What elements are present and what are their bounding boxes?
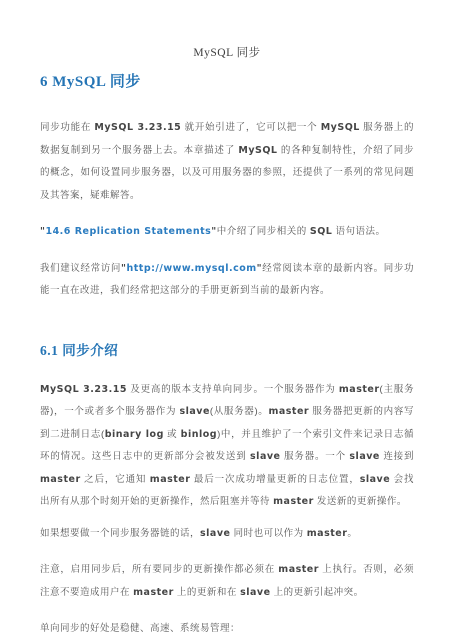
text-segment: slave: [250, 451, 280, 462]
paragraph-slave-chain: 如果想要做一个同步服务器链的话，slave 同时也可以作为 master。: [40, 523, 414, 546]
text-segment: 及更高的版本支持单向同步。一个服务器作为: [127, 384, 339, 395]
text-segment: binlog: [181, 429, 217, 440]
heading-6-mysql-sync: 6 MySQL 同步: [40, 70, 414, 91]
text-segment: master: [307, 528, 348, 539]
text-segment: 。: [347, 528, 357, 539]
text-segment: 就开始引进了，它可以把一个: [181, 122, 320, 133]
text-segment: MySQL: [321, 122, 360, 133]
text-segment: 语句语法。: [332, 226, 385, 237]
paragraph-notice: 注意，启用同步后，所有要同步的更新操作都必须在 master 上执行。否则，必须…: [40, 559, 414, 604]
paragraph-benefits: 单向同步的好处是稳健、高速、系统易管理：: [40, 618, 414, 640]
text-segment: 连接到: [380, 451, 414, 462]
text-segment: slave: [360, 474, 390, 485]
document-title: MySQL 同步: [40, 44, 414, 60]
mysql-website-link[interactable]: http://www.mysql.com: [126, 263, 256, 274]
paragraph-intro: 同步功能在 MySQL 3.23.15 就开始引进了，它可以把一个 MySQL …: [40, 117, 414, 207]
text-segment: MySQL 3.23.15: [40, 384, 127, 395]
text-segment: 单向同步的好处是稳健、高速、系统易管理：: [40, 623, 240, 634]
text-segment: slave: [240, 587, 270, 598]
text-segment: binary log: [105, 429, 164, 440]
text-segment: 同时也可以作为: [230, 528, 306, 539]
text-segment: 同步功能在: [40, 122, 94, 133]
text-segment: MySQL: [238, 145, 277, 156]
text-segment: 我们建议经常访问: [40, 263, 121, 274]
text-segment: 之后，它通知: [81, 474, 150, 485]
text-segment: 发送新的更新操作。: [314, 496, 407, 507]
heading-6-1-sync-introduction: 6.1 同步介绍: [40, 339, 414, 359]
text-segment: slave: [200, 528, 230, 539]
document-page: MySQL 同步 6 MySQL 同步 同步功能在 MySQL 3.23.15 …: [0, 0, 452, 640]
text-segment: 中介绍了同步相关的: [217, 226, 310, 237]
text-segment: 上的更新引起冲突。: [271, 587, 364, 598]
text-segment: master: [339, 384, 380, 395]
paragraph-website-recommendation: 我们建议经常访问"http://www.mysql.com"经常阅读本章的最新内…: [40, 258, 414, 303]
text-segment: 或: [164, 429, 181, 440]
text-segment: MySQL 3.23.15: [94, 122, 181, 133]
text-segment: slave: [179, 406, 209, 417]
paragraph-sync-mechanism: MySQL 3.23.15 及更高的版本支持单向同步。一个服务器作为 maste…: [40, 379, 414, 514]
text-segment: 最后一次成功增量更新的日志位置，: [190, 474, 359, 485]
text-segment: (从服务器)。: [210, 406, 269, 417]
text-segment: SQL: [310, 226, 332, 237]
text-segment: slave: [349, 451, 379, 462]
text-segment: 注意，启用同步后，所有要同步的更新操作都必须在: [40, 564, 278, 575]
text-segment: master: [268, 406, 309, 417]
text-segment: master: [278, 564, 319, 575]
paragraph-replication-statements: "14.6 Replication Statements"中介绍了同步相关的 S…: [40, 221, 414, 244]
text-segment: 如果想要做一个同步服务器链的话，: [40, 528, 200, 539]
text-segment: master: [150, 474, 191, 485]
text-segment: 服务器。一个: [281, 451, 350, 462]
text-segment: 上的更新和在: [174, 587, 240, 598]
text-segment: master: [133, 587, 174, 598]
replication-statements-link[interactable]: 14.6 Replication Statements: [45, 226, 211, 237]
text-segment: master: [273, 496, 314, 507]
text-segment: master: [40, 474, 81, 485]
